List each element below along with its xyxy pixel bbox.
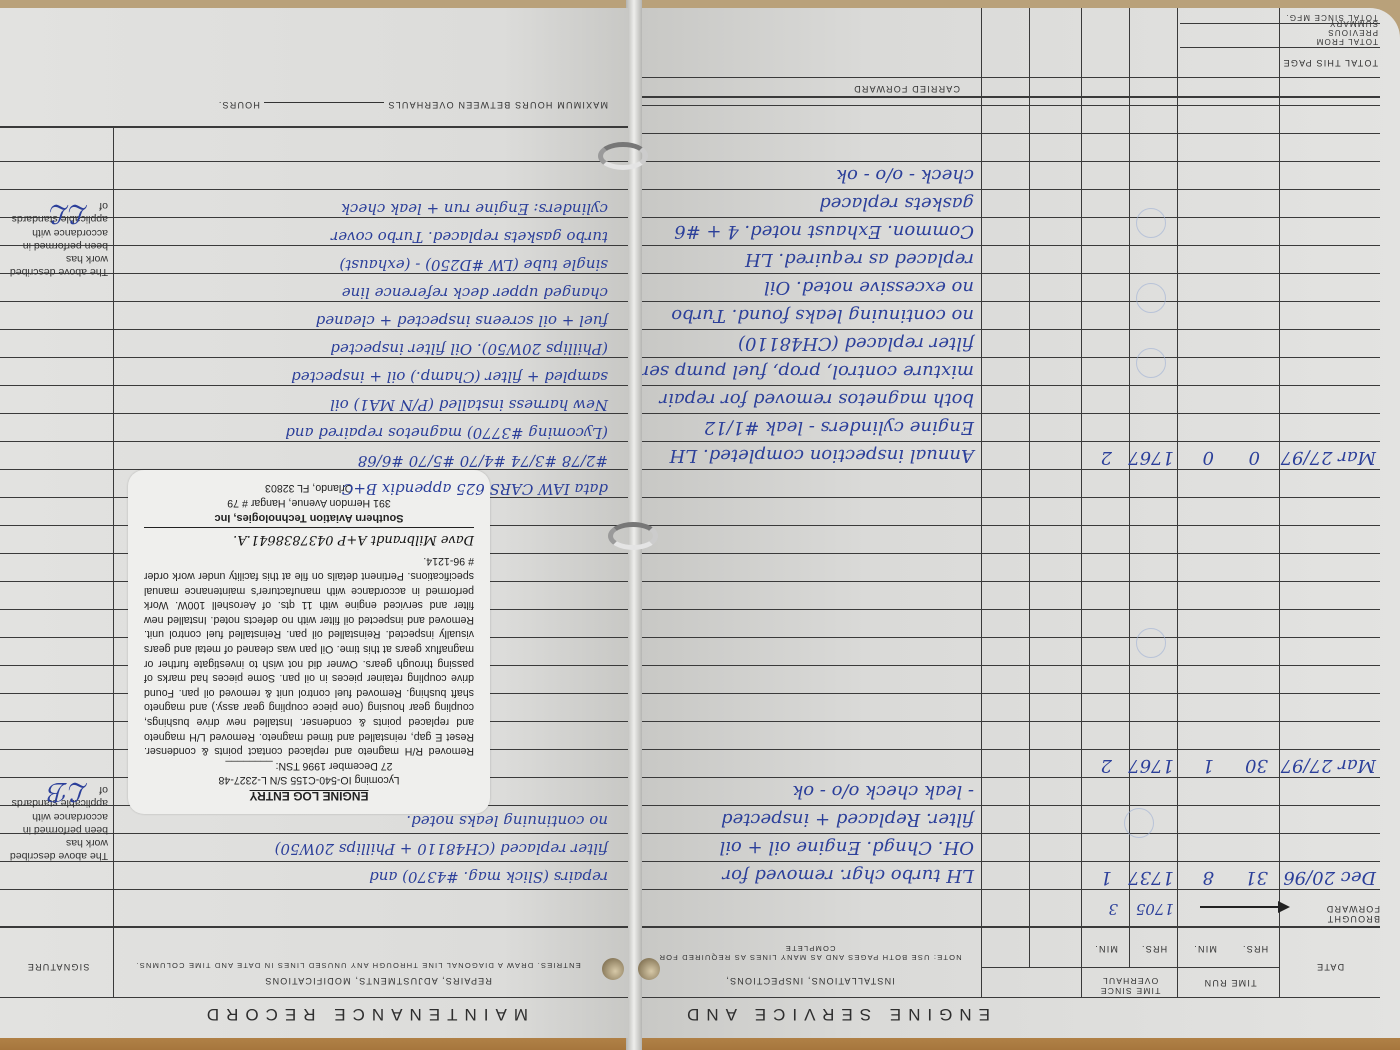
entry-text-line: #2/78 #3/74 #4/70 #5/70 #6/68 — [358, 452, 608, 470]
entry-text-line: replaced as required. LH — [745, 249, 974, 270]
entry-text-line: no continuing leaks found. Turbo — [671, 305, 974, 326]
entry-text-line: OH. Chngd. Engine oil + oil — [719, 837, 974, 858]
total-from-previous-label: TOTAL FROM PREVIOUS SUMMARY — [1282, 19, 1378, 46]
entry-text-line: - leak check o/o - ok — [792, 781, 974, 802]
sticker-date-line: 27 December 1996 TSN: ________ — [144, 758, 474, 773]
entry-tso-min: 2 — [1101, 755, 1112, 776]
entry-tso-min: 1 — [1101, 867, 1112, 888]
sticker-engine-line: Lycoming IO-540-C155 S/N L-2327-48 — [144, 773, 474, 788]
total-this-page-label: TOTAL THIS PAGE — [1282, 58, 1378, 68]
col-date: DATE — [1280, 962, 1380, 972]
entry-text-line: gaskets replaced — [819, 193, 974, 214]
entry-text-line: Engine cylinders - leak #1/12 — [704, 417, 974, 438]
max-hours-line: MAXIMUM HOURS BETWEEN OVERHAULS HOURS. — [8, 100, 608, 110]
entry-run-min: 8 — [1203, 867, 1214, 888]
entry-run-min: 1 — [1203, 755, 1214, 776]
entry-text-line: no continuing leaks noted. — [406, 812, 608, 830]
entry-tso-hrs: 1737 — [1128, 867, 1174, 888]
col-note: NOTE: USE BOTH PAGES AND AS MANY LINES A… — [650, 944, 970, 962]
entry-text-line: check - o/o - ok — [836, 165, 974, 186]
entry-run-hrs: 30 — [1245, 755, 1268, 776]
entry-text-line: filter. Replaced + inspected — [721, 809, 974, 830]
entry-text-line: both magnetos removed for repair — [660, 389, 974, 410]
entry-text-line: New harness installed (P/N MA1) oil — [330, 396, 608, 414]
entry-run-hrs: 31 — [1245, 867, 1268, 888]
brought-forward-tso-hrs: 1705 — [1136, 900, 1174, 918]
entry-run-hrs: 0 — [1249, 447, 1260, 468]
entry-text-line: single tube (LW #D250) - (exhaust) — [339, 256, 608, 274]
technician-signature: ℒℒ — [51, 198, 88, 228]
maintenance-header-1: REPAIRS, ADJUSTMENTS, MODIFICATIONS — [128, 976, 628, 986]
entry-date: Mar 27/97 — [1281, 755, 1376, 776]
logbook-spread: ENGINE SERVICE AND DATE TIME RUN TIME SI… — [0, 0, 1400, 1050]
maintenance-header-2: ENTRIES. DRAW A DIAGONAL LINE THROUGH AN… — [88, 961, 628, 970]
brought-forward-label: BROUGHT FORWARD — [1300, 904, 1380, 924]
total-since-mfg-label: TOTAL SINCE MFG. — [1282, 13, 1378, 22]
faded-stamp-icon — [1136, 208, 1166, 238]
sticker-body: Removed R/H magneto and replaced contact… — [144, 554, 474, 759]
entry-text-line: filter replaced (CH48110 + Phillips 20W5… — [275, 840, 608, 858]
faded-stamp-icon — [1136, 283, 1166, 313]
binder-ring — [598, 142, 648, 170]
engine-service-page: ENGINE SERVICE AND DATE TIME RUN TIME SI… — [640, 8, 1400, 1038]
entry-run-min: 0 — [1203, 447, 1214, 468]
punch-hole — [602, 958, 624, 980]
entry-date: Dec 20/96 — [1283, 867, 1376, 888]
faded-stamp-icon — [1124, 808, 1154, 838]
entry-text-line: data IAW CARS 625 appendix B+C — [342, 480, 608, 498]
entry-text-line: no excessive noted. Oil — [764, 277, 974, 298]
entry-tso-hrs: 1767 — [1128, 755, 1174, 776]
brought-forward-tso-min: 3 — [1108, 900, 1118, 918]
entry-text-line: LH turbo chgr. removed for — [723, 865, 974, 886]
entry-text-line: filter replaced (CH48110) — [738, 333, 974, 354]
entry-text-line: repairs (Slick mag. #4370) and — [369, 868, 608, 886]
entry-tso-min: 2 — [1101, 447, 1112, 468]
technician-signature: ℒℬ — [49, 776, 88, 806]
sticker-heading: ENGINE LOG ENTRY — [144, 787, 474, 804]
binder-ring — [608, 522, 658, 550]
arrow-right-icon — [1200, 906, 1280, 908]
maintenance-page-title: MAINTENANCE RECORD — [200, 1004, 528, 1024]
entry-text-line: changed upper deck reference line — [342, 284, 608, 302]
carried-forward-label: CARRIED FORWARD — [760, 84, 960, 94]
signature-column-header: SIGNATURE — [8, 962, 108, 972]
col-tso-hrs: HRS. — [1130, 944, 1178, 954]
col-tso-min: MIN. — [1082, 944, 1130, 954]
entry-text-line: sampled + filter (Champ.) oil + inspecte… — [291, 368, 608, 386]
entry-tso-hrs: 1767 — [1128, 447, 1174, 468]
entry-text-line: cylinders: Engine run + leak check — [341, 200, 608, 218]
col-run-hrs: HRS. — [1230, 944, 1280, 954]
maintenance-record-page: MAINTENANCE RECORD REPAIRS, ADJUSTMENTS,… — [0, 8, 628, 1038]
entry-date: Mar 27/97 — [1281, 447, 1376, 468]
entry-text-line: (Lycoming #3770) magnetos repaired and — [285, 424, 608, 442]
entry-text-line: turbo gaskets replaced. Turbo cover — [331, 228, 608, 246]
entry-text-line: (Phillips 20W50). Oil filter inspected — [330, 340, 608, 358]
faded-stamp-icon — [1136, 348, 1166, 378]
faded-stamp-icon — [1136, 628, 1166, 658]
col-time-run: TIME RUN — [1180, 978, 1280, 988]
engine-log-entry-sticker: ENGINE LOG ENTRY Lycoming IO-540-C155 S/… — [128, 470, 490, 814]
sticker-shop-name: Southern Aviation Technologies, Inc — [144, 510, 474, 525]
col-run-min: MIN. — [1180, 944, 1230, 954]
entry-text-line: fuel + oil screens inspected + cleaned — [316, 312, 608, 330]
sticker-signature: Dave Milbrandt A+P 0437838641.A. — [144, 527, 474, 548]
punch-hole — [638, 958, 660, 980]
col-description: INSTALLATIONS, INSPECTIONS, — [650, 976, 970, 986]
col-time-since-overhaul: TIME SINCE OVERHAUL — [1082, 976, 1178, 996]
entry-text-line: Annual inspection completed. LH — [670, 445, 974, 466]
engine-page-title: ENGINE SERVICE AND — [680, 1004, 990, 1024]
entry-text-line: Common. Exhaust noted. 4 + #6 — [674, 221, 974, 242]
